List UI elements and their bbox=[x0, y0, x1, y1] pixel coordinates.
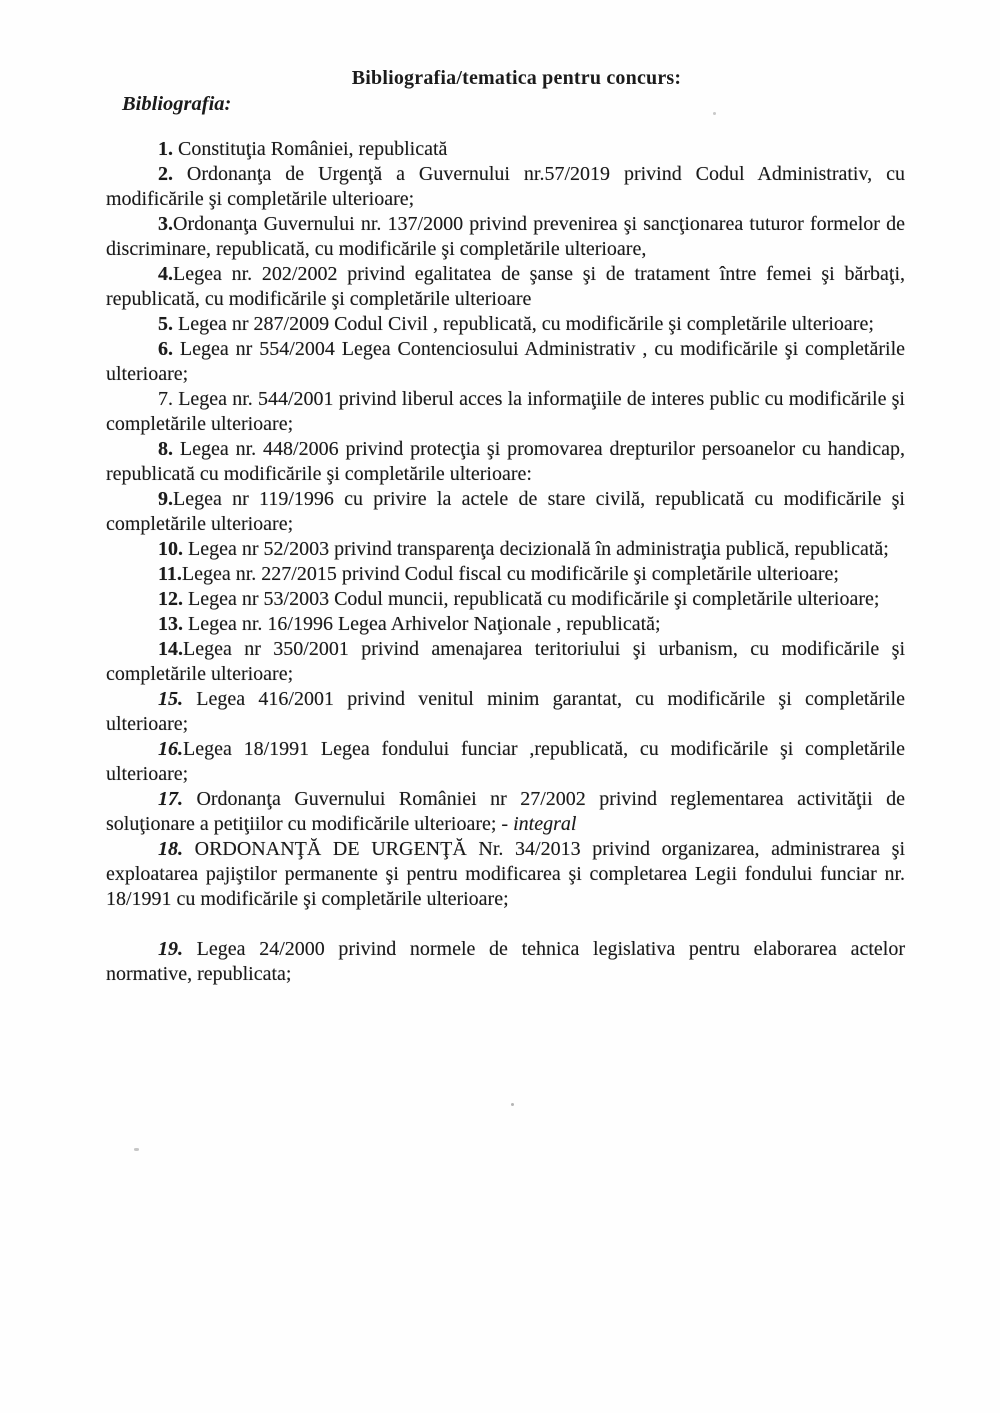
bibliography-item: 19. Legea 24/2000 privind normele de teh… bbox=[106, 937, 905, 987]
italic-note: integral bbox=[513, 813, 576, 835]
item-number: 11. bbox=[158, 563, 182, 585]
bibliography-item: 5. Legea nr 287/2009 Codul Civil , repub… bbox=[106, 312, 905, 337]
scan-artifact bbox=[713, 112, 716, 115]
bibliography-item: 1. Constituţia României, republicată bbox=[106, 137, 905, 162]
bibliography-item: 15. Legea 416/2001 privind venitul minim… bbox=[106, 687, 905, 737]
bibliography-list: 1. Constituţia României, republicată2. O… bbox=[106, 137, 905, 987]
item-number: 10. bbox=[158, 538, 183, 560]
bibliography-item: 3.Ordonanţa Guvernului nr. 137/2000 priv… bbox=[106, 212, 905, 262]
bibliography-item: 16.Legea 18/1991 Legea fondului funciar … bbox=[106, 737, 905, 787]
item-number: 9. bbox=[158, 488, 173, 510]
bibliography-item: 4.Legea nr. 202/2002 privind egalitatea … bbox=[106, 262, 905, 312]
bibliography-item: 9.Legea nr 119/1996 cu privire la actele… bbox=[106, 487, 905, 537]
item-number: 12. bbox=[158, 588, 183, 610]
document-page: Bibliografia/tematica pentru concurs: Bi… bbox=[0, 0, 1000, 1413]
item-number: 2. bbox=[158, 163, 173, 185]
item-number: 7. bbox=[158, 388, 173, 410]
item-number: 5. bbox=[158, 313, 173, 335]
item-number: 16. bbox=[158, 738, 183, 760]
bibliography-item: 13. Legea nr. 16/1996 Legea Arhivelor Na… bbox=[106, 612, 905, 637]
bibliography-item: 8. Legea nr. 448/2006 privind protecţia … bbox=[106, 437, 905, 487]
item-number: 15. bbox=[158, 688, 183, 710]
item-number: 4. bbox=[158, 263, 173, 285]
item-number: 8. bbox=[158, 438, 173, 460]
item-number: 18. bbox=[158, 838, 183, 860]
scan-artifact bbox=[134, 1148, 139, 1151]
bibliography-item: 2. Ordonanţa de Urgenţă a Guvernului nr.… bbox=[106, 162, 905, 212]
item-number: 1. bbox=[158, 138, 173, 160]
item-number: 3. bbox=[158, 213, 173, 235]
item-number: 17. bbox=[158, 788, 183, 810]
document-content: Bibliografia/tematica pentru concurs: Bi… bbox=[0, 0, 1000, 987]
bibliography-item: 7. Legea nr. 544/2001 privind liberul ac… bbox=[106, 387, 905, 437]
item-number: 13. bbox=[158, 613, 183, 635]
bibliography-item: 14.Legea nr 350/2001 privind amenajarea … bbox=[106, 637, 905, 687]
section-heading: Bibliografia: bbox=[122, 91, 905, 117]
bibliography-item: 10. Legea nr 52/2003 privind transparenţ… bbox=[106, 537, 905, 562]
item-number: 6. bbox=[158, 338, 173, 360]
item-number: 19. bbox=[158, 938, 183, 960]
bibliography-item: 18. ORDONANŢĂ DE URGENŢĂ Nr. 34/2013 pri… bbox=[106, 837, 905, 912]
bibliography-item: 11.Legea nr. 227/2015 privind Codul fisc… bbox=[106, 562, 905, 587]
item-number: 14. bbox=[158, 638, 183, 660]
bibliography-item: 6. Legea nr 554/2004 Legea Contenciosulu… bbox=[106, 337, 905, 387]
document-title: Bibliografia/tematica pentru concurs: bbox=[128, 66, 905, 91]
scan-artifact bbox=[511, 1103, 514, 1106]
bibliography-item: 12. Legea nr 53/2003 Codul muncii, repub… bbox=[106, 587, 905, 612]
bibliography-item: 17. Ordonanţa Guvernului României nr 27/… bbox=[106, 787, 905, 837]
